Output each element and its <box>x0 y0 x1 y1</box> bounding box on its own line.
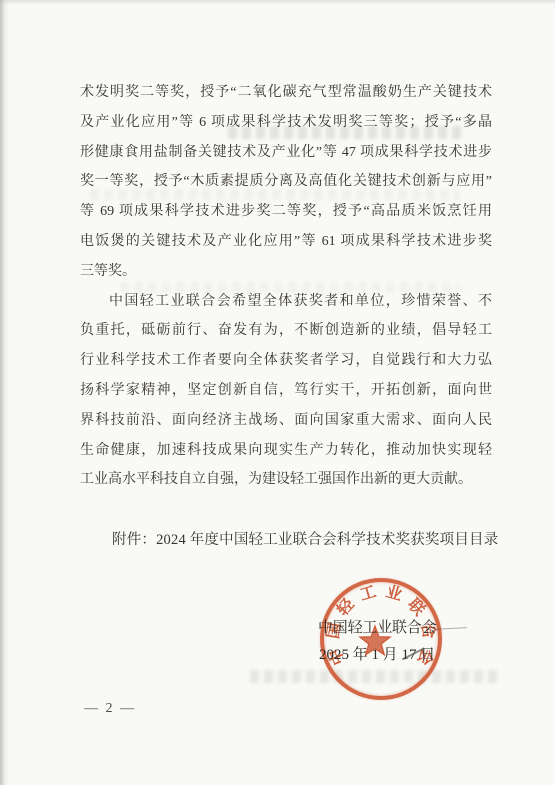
body-line: 负重托，砥砺前行、奋发有为，不断创造新的业绩，倡导轻工 <box>80 316 492 346</box>
signature-date: 2025 年 1 月 17 日 <box>319 643 435 664</box>
body-line: 术发明奖二等奖，授予“二氧化碳充气型常温酸奶生产关键技术 <box>80 78 492 108</box>
body-line: 扬科学家精神，坚定创新自信，笃行实干，开拓创新，面向世 <box>80 376 492 406</box>
attachment-line: 附件：2024 年度中国轻工业联合会科学技术奖获奖项目目录 <box>112 528 498 549</box>
body-line: 三等奖。 <box>80 257 492 287</box>
body-line: 工业高水平科技自立自强，为建设轻工强国作出新的更大贡献。 <box>80 465 492 495</box>
body-line: 界科技前沿、面向经济主战场、面向国家重大需求、面向人民 <box>80 406 492 436</box>
signature-organization: 中国轻工业联合会 <box>318 616 436 637</box>
official-seal: 中 国 轻 工 业 联 合 会 <box>306 564 456 714</box>
body-line: 奖一等奖，授予“木质素提质分离及高值化关键技术创新与应用” <box>80 167 492 197</box>
body-line: 中国轻工业联合会希望全体获奖者和单位，珍惜荣誉、不 <box>80 287 492 317</box>
scanned-document-page: 术发明奖二等奖，授予“二氧化碳充气型常温酸奶生产关键技术 及产业化应用”等 6 … <box>0 0 555 785</box>
body-line: 电饭煲的关键技术及产业化应用”等 61 项成果科学技术进步奖 <box>80 227 492 257</box>
body-line: 等 69 项成果科学技术进步奖二等奖，授予“高品质米饭烹饪用 <box>80 197 492 227</box>
body-line: 及产业化应用”等 6 项成果科学技术发明奖三等奖；授予“多晶 <box>80 108 492 138</box>
body-line: 行业科学技术工作者要向全体获奖者学习，自觉践行和大力弘 <box>80 346 492 376</box>
page-number: — 2 — <box>84 701 136 717</box>
body-text: 术发明奖二等奖，授予“二氧化碳充气型常温酸奶生产关键技术 及产业化应用”等 6 … <box>80 78 492 495</box>
scan-edge-shadow-top <box>0 0 555 5</box>
body-line: 生命健康，加速科技成果向现实生产力转化，推动加快实现轻 <box>80 436 492 466</box>
body-line: 形健康食用盐制备关键技术及产业化”等 47 项成果科学技术进步 <box>80 138 492 168</box>
scan-edge-shadow-left <box>0 0 9 785</box>
